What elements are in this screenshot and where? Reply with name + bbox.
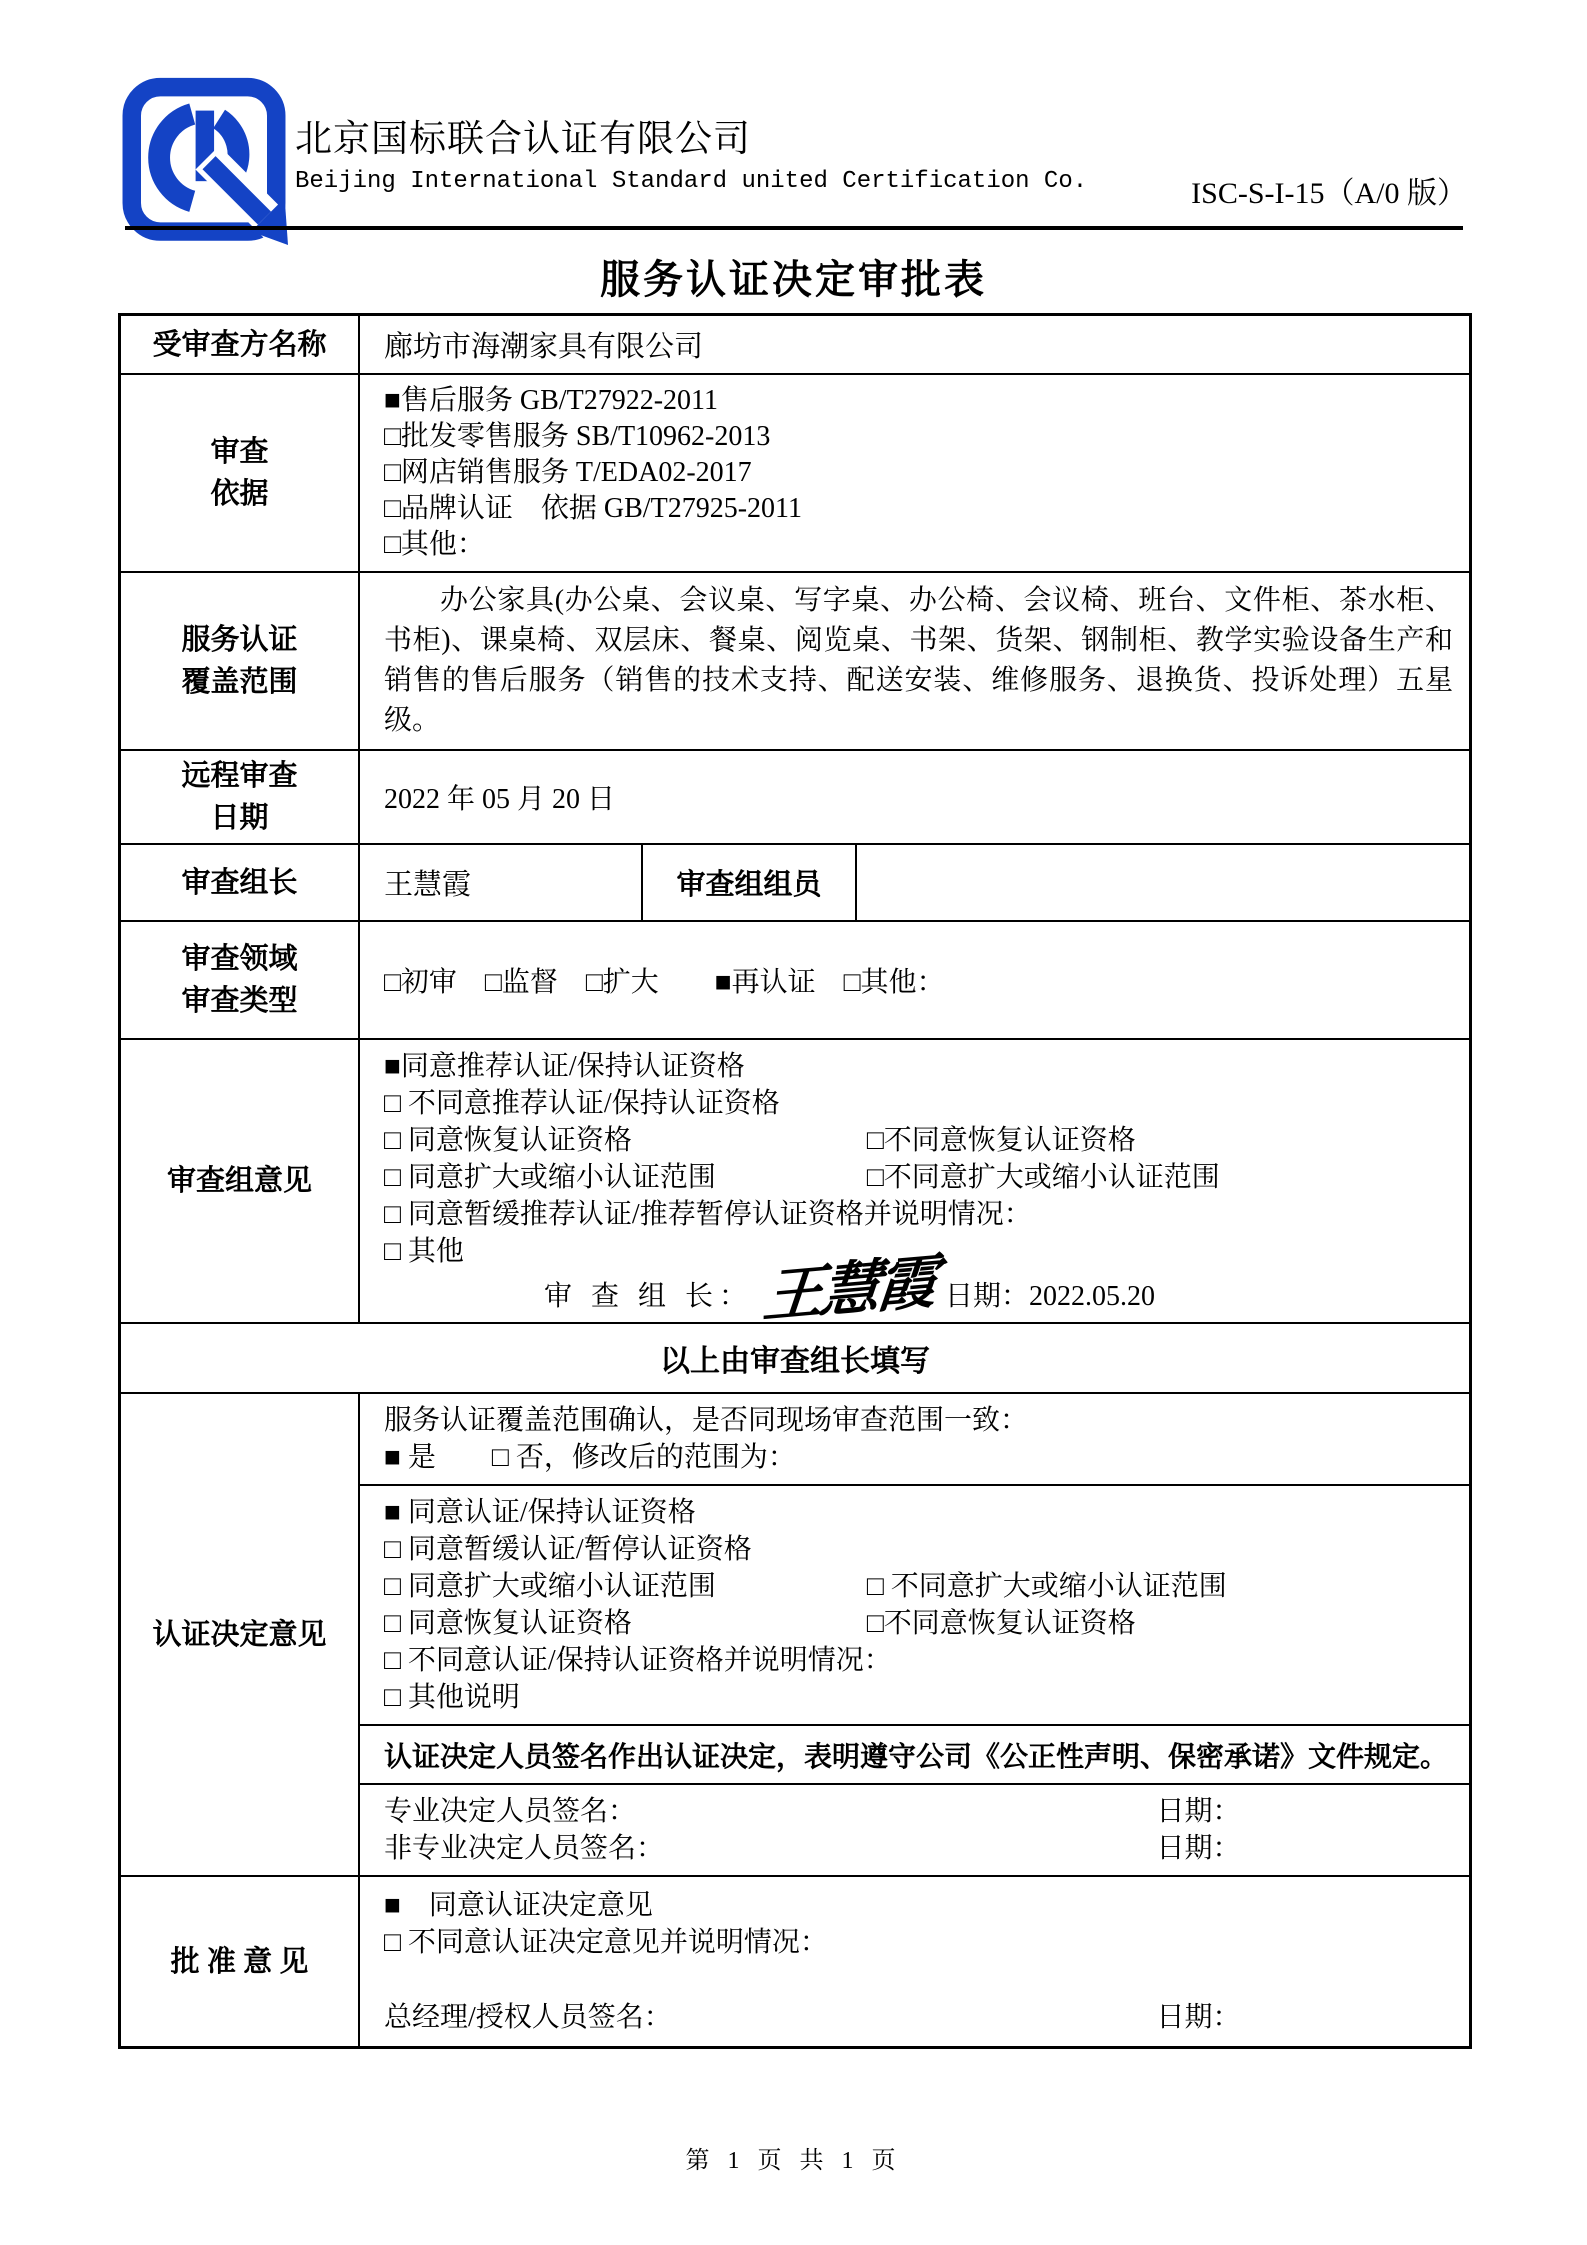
remote-audit-date-label-line2: 日期: [210, 797, 268, 839]
decision-option: □不同意恢复认证资格: [867, 1605, 1136, 1642]
scope-confirmation-section: 服务认证覆盖范围确认，是否同现场审查范围一致： ■ 是 □ 否，修改后的范围为：: [360, 1394, 1469, 1484]
approval-blank-space: [384, 1961, 1457, 1999]
row-cert-scope: 服务认证 覆盖范围 办公家具(办公桌、会议桌、写字桌、办公椅、会议椅、班台、文件…: [121, 571, 1469, 749]
row-approval-opinion: 批 准 意 见 ■ 同意认证决定意见 □ 不同意认证决定意见并说明情况： 总经理…: [121, 1875, 1469, 2046]
decision-statement-text: 认证决定人员签名作出认证决定，表明遵守公司《公正性声明、保密承诺》文件规定。: [384, 1735, 1448, 1775]
decision-option: ■ 同意认证/保持认证资格: [384, 1494, 1457, 1531]
row-audit-type: 审查领域 审查类型 □初审 □监督 □扩大 ■再认证 □其他：: [121, 920, 1469, 1038]
row-audit-team: 审查组长 王慧霞 审查组组员: [121, 843, 1469, 920]
cert-scope-label: 服务认证 覆盖范围: [121, 573, 360, 749]
approval-option: □ 不同意认证决定意见并说明情况：: [384, 1924, 1457, 1961]
page-title: 服务认证决定审批表: [0, 248, 1587, 305]
approval-form-table: 受审查方名称 廊坊市海潮家具有限公司 审查 依据 ■售后服务 GB/T27922…: [118, 313, 1472, 2049]
row-decision-opinion: 认证决定意见 服务认证覆盖范围确认，是否同现场审查范围一致： ■ 是 □ 否，修…: [121, 1392, 1469, 1875]
team-members-label: 审查组组员: [643, 845, 857, 920]
audit-basis-label: 审查 依据: [121, 375, 360, 571]
audit-basis-options: ■售后服务 GB/T27922-2011 □批发零售服务 SB/T10962-2…: [360, 375, 1469, 571]
opinion-option-pair: □ 同意恢复认证资格 □不同意恢复认证资格: [384, 1122, 1457, 1159]
cert-scope-value: 办公家具(办公桌、会议桌、写字桌、办公椅、会议椅、班台、文件柜、茶水柜、书柜)、…: [360, 573, 1469, 749]
row-team-opinion: 审查组意见 ■同意推荐认证/保持认证资格 □ 不同意推荐认证/保持认证资格 □ …: [121, 1038, 1469, 1322]
decision-option: □ 不同意扩大或缩小认证范围: [867, 1568, 1227, 1605]
audit-type-label: 审查领域 审查类型: [121, 922, 360, 1038]
company-logo-icon: [120, 76, 288, 246]
team-opinion-label: 审查组意见: [121, 1040, 360, 1322]
team-leader-sign-label: 审 查 组 长：: [544, 1274, 753, 1314]
decision-option: □ 不同意认证/保持认证资格并说明情况：: [384, 1642, 1457, 1679]
decision-option: □ 同意暂缓认证/暂停认证资格: [384, 1531, 1457, 1568]
cert-scope-label-line1: 服务认证: [181, 619, 297, 661]
company-name-en: Beijing International Standard united Ce…: [295, 168, 1087, 195]
opinion-option: □ 同意扩大或缩小认证范围: [384, 1162, 716, 1193]
decision-options-section: ■ 同意认证/保持认证资格 □ 同意暂缓认证/暂停认证资格 □ 同意扩大或缩小认…: [360, 1484, 1469, 1724]
team-opinion-options: ■同意推荐认证/保持认证资格 □ 不同意推荐认证/保持认证资格 □ 同意恢复认证…: [360, 1040, 1469, 1322]
row-auditee-name: 受审查方名称 廊坊市海潮家具有限公司: [121, 316, 1469, 373]
team-leader-sign-line: 审 查 组 长： 王慧霞 日期：2022.05.20: [384, 1274, 1457, 1314]
document-code: ISC-S-I-15（A/0 版）: [1191, 168, 1467, 212]
basis-option: □品牌认证 依据 GB/T27925-2011: [384, 491, 1457, 527]
approval-option: ■ 同意认证决定意见: [384, 1887, 1457, 1924]
decision-option-pair: □ 同意恢复认证资格 □不同意恢复认证资格: [384, 1605, 1457, 1642]
approval-opinion-label: 批 准 意 见: [121, 1877, 360, 2046]
opinion-option: ■同意推荐认证/保持认证资格: [384, 1048, 1457, 1085]
gm-sign-date-label: 日期：: [1157, 1999, 1241, 2036]
gm-sign-line: 总经理/授权人员签名： 日期：: [384, 1999, 1457, 2036]
team-leader-label: 审查组长: [121, 845, 360, 920]
remote-audit-date-label-line1: 远程审查: [181, 755, 297, 797]
opinion-option-pair: □ 同意扩大或缩小认证范围 □不同意扩大或缩小认证范围: [384, 1159, 1457, 1196]
remote-audit-date-value: 2022 年 05 月 20 日: [360, 751, 1469, 843]
team-members-value: [857, 845, 1469, 920]
basis-option: □网店销售服务 T/EDA02-2017: [384, 455, 1457, 491]
audit-type-options: □初审 □监督 □扩大 ■再认证 □其他：: [360, 922, 1469, 1038]
nonpro-decision-sign-line: 非专业决定人员签名： 日期：: [384, 1830, 1457, 1867]
company-name-cn: 北京国标联合认证有限公司: [295, 108, 751, 162]
cert-scope-label-line2: 覆盖范围: [181, 661, 297, 703]
decision-opinion-label: 认证决定意见: [121, 1394, 360, 1875]
opinion-option: □ 不同意推荐认证/保持认证资格: [384, 1085, 1457, 1122]
opinion-option: □ 同意暂缓推荐认证/推荐暂停认证资格并说明情况：: [384, 1196, 1457, 1233]
row-filled-by-note: 以上由审查组长填写: [121, 1322, 1469, 1392]
page-number: 第 1 页 共 1 页: [0, 2140, 1587, 2175]
opinion-option: □不同意扩大或缩小认证范围: [867, 1159, 1220, 1196]
decision-option: □ 同意扩大或缩小认证范围: [384, 1571, 716, 1602]
decision-option: □ 同意恢复认证资格: [384, 1608, 632, 1639]
audit-basis-label-line2: 依据: [210, 473, 268, 515]
scope-confirmation-answer: ■ 是 □ 否，修改后的范围为：: [384, 1439, 1457, 1476]
gm-sign-label: 总经理/授权人员签名：: [384, 2002, 672, 2033]
team-leader-signature: 王慧霞: [761, 1253, 936, 1326]
basis-option: □其他：: [384, 527, 1457, 563]
nonpro-decision-sign-label: 非专业决定人员签名：: [384, 1833, 664, 1864]
opinion-option: □不同意恢复认证资格: [867, 1122, 1136, 1159]
filled-by-note-text: 以上由审查组长填写: [121, 1324, 1469, 1392]
team-leader-sign-date: 日期：2022.05.20: [945, 1274, 1155, 1314]
row-remote-audit-date: 远程审查 日期 2022 年 05 月 20 日: [121, 749, 1469, 843]
basis-option: □批发零售服务 SB/T10962-2013: [384, 419, 1457, 455]
auditee-name-value: 廊坊市海潮家具有限公司: [360, 316, 1469, 373]
row-audit-basis: 审查 依据 ■售后服务 GB/T27922-2011 □批发零售服务 SB/T1…: [121, 373, 1469, 571]
auditee-name-label: 受审查方名称: [121, 316, 360, 373]
audit-basis-label-line1: 审查: [210, 431, 268, 473]
decision-option: □ 其他说明: [384, 1679, 1457, 1716]
basis-option: ■售后服务 GB/T27922-2011: [384, 383, 1457, 419]
team-leader-value: 王慧霞: [360, 845, 643, 920]
scope-confirmation-question: 服务认证覆盖范围确认，是否同现场审查范围一致：: [384, 1402, 1457, 1439]
decision-statement-section: 认证决定人员签名作出认证决定，表明遵守公司《公正性声明、保密承诺》文件规定。: [360, 1724, 1469, 1783]
pro-decision-date-label: 日期：: [1157, 1793, 1241, 1830]
pro-decision-sign-line: 专业决定人员签名： 日期：: [384, 1793, 1457, 1830]
pro-decision-sign-label: 专业决定人员签名：: [384, 1796, 636, 1827]
nonpro-decision-date-label: 日期：: [1157, 1830, 1241, 1867]
decision-sign-section: 专业决定人员签名： 日期： 非专业决定人员签名： 日期：: [360, 1783, 1469, 1875]
header-divider: [125, 226, 1463, 230]
remote-audit-date-label: 远程审查 日期: [121, 751, 360, 843]
audit-type-label-line2: 审查类型: [181, 980, 297, 1022]
cert-scope-text: 办公家具(办公桌、会议桌、写字桌、办公椅、会议椅、班台、文件柜、茶水柜、书柜)、…: [384, 581, 1457, 741]
document-page: 北京国标联合认证有限公司 Beijing International Stand…: [0, 0, 1587, 2245]
audit-type-label-line1: 审查领域: [181, 938, 297, 980]
opinion-option: □ 同意恢复认证资格: [384, 1125, 632, 1156]
approval-opinion-content: ■ 同意认证决定意见 □ 不同意认证决定意见并说明情况： 总经理/授权人员签名：…: [360, 1877, 1469, 2046]
decision-opinion-content: 服务认证覆盖范围确认，是否同现场审查范围一致： ■ 是 □ 否，修改后的范围为：…: [360, 1394, 1469, 1875]
decision-option-pair: □ 同意扩大或缩小认证范围 □ 不同意扩大或缩小认证范围: [384, 1568, 1457, 1605]
